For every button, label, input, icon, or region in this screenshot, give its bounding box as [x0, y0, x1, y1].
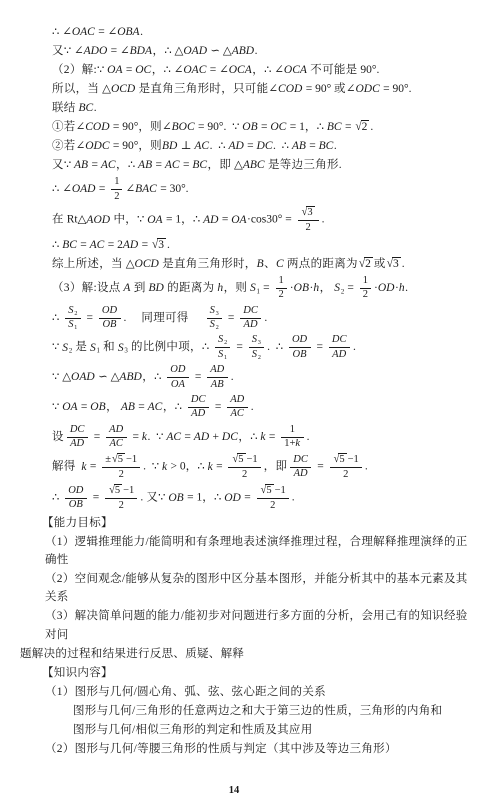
text-run: ②若 [52, 140, 76, 152]
formula-run: . [353, 342, 356, 354]
radical-sign: √ [232, 454, 238, 468]
formula-run: ∴ [52, 312, 62, 324]
text-run: 综上所述，当 [52, 258, 123, 270]
fraction: √5−12 [330, 453, 362, 481]
fraction: S₃S₂ [249, 334, 264, 361]
formula-run: = [314, 461, 326, 473]
sqrt-expression: √5 [261, 484, 274, 498]
formula-run: ∠BAC = 30°. [125, 183, 188, 195]
fraction-denominator: S₂ [249, 348, 264, 361]
formula-run: . [251, 401, 254, 413]
sqrt-expression: √5 [232, 453, 245, 467]
fraction-numerator: DC [188, 394, 209, 408]
text-run: 是直角三角形时， [162, 258, 256, 270]
formula-run: △OCD [99, 83, 138, 95]
formula-run: = [91, 431, 103, 443]
fraction: DCAD [188, 394, 209, 421]
formula-run: = [233, 342, 245, 354]
formula-line: ∴ S₂S₁ = ODOB. 同理可得 S₃S₂ = DCAD. [52, 303, 476, 333]
fraction-denominator: 2 [105, 499, 137, 512]
formula-run: C [276, 258, 287, 270]
text-run: ， [181, 214, 193, 226]
fraction: √32 [298, 206, 319, 234]
formula-run: k = [76, 461, 100, 473]
formula-run: ∴ ∠OAC = ∠OBA. [52, 26, 143, 38]
radical-sign: √ [109, 485, 115, 499]
formula-run: h [214, 282, 223, 294]
text-run: ， [186, 461, 198, 473]
sqrt-expression: √5 [109, 484, 122, 498]
sqrt-expression: √5 [334, 453, 347, 467]
text-run: ，则 [138, 121, 162, 133]
fraction-numerator: S₂ [215, 334, 230, 348]
text-line: （1）图形与几何/圆心角、弧、弦、弦心距之间的关系 [45, 682, 476, 701]
formula-line: 综上所述，当 △OCD 是直角三角形时，B、C 两点的距离为√2或√3. [52, 254, 476, 273]
text-run: ， [320, 282, 332, 294]
fraction-numerator: √5−1 [105, 484, 137, 499]
fraction-denominator: 2 [228, 468, 260, 481]
text-run: ①若 [52, 121, 76, 133]
formula-run: . ∴ [267, 342, 286, 354]
formula-line: ∴ ∠OAC = ∠OBA. [52, 23, 476, 42]
formula-line: ∵ S₂ 是 S₁ 和 S₃ 的比例中项，∴ S₂S₁ = S₃S₂. ∴ OD… [52, 333, 476, 363]
text-run: （3）解决简单问题的能力/能初步对问题进行多方面的分析，会用己有的知识经验对问 [45, 610, 468, 640]
radicand: 5 [237, 453, 245, 466]
formula-run: ∵ OA = OB [52, 401, 106, 413]
text-line: 题解决的过程和结果进行反思、质疑、解释 [20, 644, 476, 663]
fraction: DCAD [329, 334, 350, 361]
text-run: ， [153, 45, 165, 57]
formula-run: = [314, 342, 326, 354]
text-run: ， [106, 401, 118, 413]
fraction-numerator: OD [167, 364, 189, 378]
fraction-numerator: S₂ [65, 305, 80, 319]
fraction: S₂S₁ [215, 334, 230, 361]
formula-line: ②若∠ODC = 90°，则BD ⊥ AC. ∴ AD = DC. ∴ AB =… [52, 137, 476, 156]
fraction-denominator: AD [329, 348, 350, 361]
fraction-denominator: 2 [360, 289, 371, 302]
fraction: S₃S₂ [207, 305, 222, 332]
formula-line: ①若∠COD = 90°，则∠BOC = 90°. ∵ OB = OC = 1，… [52, 118, 476, 137]
fraction-denominator: AD [188, 408, 209, 421]
fraction-numerator: 1 [111, 176, 122, 190]
text-run: ， [116, 159, 128, 171]
text-run: 是直角三角形时，只可能 [139, 83, 269, 95]
formula-line: 联结 BC. [52, 99, 476, 118]
text-run: 的比例中项， [131, 342, 202, 354]
formula-run: ∴ k = [197, 461, 225, 473]
fraction-numerator: DC [290, 454, 311, 468]
text-run: 解得 [52, 461, 76, 473]
formula-run: −1 [348, 454, 359, 465]
radical-sign: √ [334, 454, 340, 468]
radicand: 2 [364, 257, 373, 270]
formula-run: S₂ = [331, 282, 356, 294]
fraction-denominator: AC [106, 438, 127, 451]
document-page: ∴ ∠OAC = ∠OBA.又∵ ∠ADO = ∠BDA，∴ △OAD ∽ △A… [0, 0, 496, 808]
formula-line: ∵ △OAD ∽ △ABD，∴ ODOA = ADAB. [52, 363, 476, 393]
formula-run: ∵ OB = 1 [158, 492, 202, 504]
fraction-numerator: 1 [360, 275, 371, 289]
fraction-numerator: DC [329, 334, 350, 348]
radical-sign: √ [355, 118, 361, 138]
fraction: √5−12 [105, 484, 137, 512]
fraction-numerator: ±√5−1 [102, 453, 140, 468]
text-run: ， [152, 64, 164, 76]
text-run: 或 [374, 258, 386, 270]
radical-sign: √ [302, 207, 308, 221]
fraction-denominator: 2 [111, 190, 122, 203]
formula-run: ∴ [52, 492, 62, 504]
fraction-denominator: 2 [276, 289, 287, 302]
text-run: （2）空间观念/能够从复杂的图形中区分基本图形，并能分析其中的基本元素及其关系 [45, 573, 468, 603]
formula-line: ∵ OA = OB， AB = AC，∴ DCAD = ADAC. [52, 393, 476, 423]
radicand: 5 [117, 453, 125, 466]
text-run: （1）逻辑推理能力/能简明和有条理地表述演绎推理过程，合理解释推理演绎的正确性 [45, 536, 468, 566]
fraction-denominator: AD [240, 319, 261, 332]
formula-run: S₃ [115, 342, 131, 354]
formula-line: 又∵ AB = AC，∴ AB = AC = BC，即 △ABC 是等边三角形. [52, 156, 476, 175]
text-run: （3）解:设点 [52, 282, 121, 294]
fraction-numerator: S₃ [207, 305, 222, 319]
fraction: ADAC [106, 424, 127, 451]
fraction: ADAB [207, 364, 228, 391]
text-run: 同理可得 [126, 312, 203, 324]
formula-run: ∵ OA = 1 [137, 214, 181, 226]
text-run: ， [238, 431, 250, 443]
fraction: ODOA [167, 364, 189, 391]
text-run: 不可能是 [310, 64, 357, 76]
text-run: 所以，当 [52, 83, 99, 95]
fraction: ODOB [65, 485, 87, 512]
fraction-numerator: OD [65, 485, 87, 499]
text-run: ， [252, 64, 264, 76]
text-run: ，则 [138, 140, 162, 152]
text-run: 题解决的过程和结果进行反思、质疑、解释 [20, 648, 244, 660]
formula-run: ∠BOC = 90°. ∵ OB = OC = 1 [162, 121, 305, 133]
formula-run: B [257, 258, 265, 270]
text-run: ， [163, 401, 175, 413]
fraction-numerator: 1 [276, 275, 287, 289]
formula-run: △ABC [231, 159, 268, 171]
fraction-numerator: AD [227, 394, 248, 408]
text-run: 的距离为 [167, 282, 214, 294]
formula-run: . [167, 239, 170, 251]
fraction: ODOB [289, 334, 311, 361]
fraction-denominator: 2 [102, 468, 140, 481]
text-run: 在 [52, 214, 64, 226]
formula-run: −1 [126, 454, 137, 465]
fraction: 12 [111, 176, 122, 203]
formula-run: ·OD·h. [374, 282, 408, 294]
fraction: ±√5−12 [102, 453, 140, 481]
radicand: 3 [392, 257, 401, 270]
formula-run: Rt△AOD [64, 214, 114, 226]
formula-run: ∴ BC = AC = 2AD = [52, 239, 151, 251]
radicand: 5 [265, 484, 273, 497]
formula-line: ∴ ∠OAD = 12∠BAC = 30°. [52, 175, 476, 205]
formula-run: BD ⊥ AC. ∴ AD = DC. ∴ AB = BC. [162, 140, 337, 152]
formula-run: ∴ AB = AC = BC [128, 159, 208, 171]
fraction-denominator: 2 [257, 499, 289, 512]
fraction: ADAC [227, 394, 248, 421]
formula-line: ∴ ODOB = √5−12. 又∵ OB = 1，∴ OD = √5−12. [52, 483, 476, 514]
formula-run: . [365, 461, 368, 473]
fraction-denominator: OB [99, 319, 121, 332]
fraction-denominator: S₂ [207, 319, 222, 332]
formula-run: ∴ ∠OAC = ∠OCA [164, 64, 253, 76]
fraction-numerator: DC [240, 305, 261, 319]
text-run: 或 [334, 83, 346, 95]
formula-run: S₁ [87, 342, 103, 354]
text-line: 图形与几何/相似三角形的判定和性质及其应用 [73, 720, 476, 739]
formula-run: −1 [247, 454, 258, 465]
radicand: 3 [306, 206, 314, 219]
fraction-denominator: 2 [330, 468, 362, 481]
formula-run: ∵ ∠ADO = ∠BDA [64, 45, 153, 57]
fraction-denominator: AC [227, 408, 248, 421]
formula-run: −1 [123, 485, 134, 496]
formula-run: . [370, 121, 373, 133]
formula-run: ∵ S₂ [52, 342, 75, 354]
formula-run: ·OB·h [290, 282, 320, 294]
text-line: 【知识内容】 [42, 663, 476, 682]
page-number: 14 [0, 785, 468, 796]
sqrt-expression: √2 [355, 118, 369, 136]
fraction-numerator: DC [67, 424, 88, 438]
formula-run: ∴ ∠OAD = [52, 183, 108, 195]
formula-run: ∠ODC = 90° [76, 140, 139, 152]
radical-sign: √ [387, 254, 393, 274]
text-run: （2）图形与几何/等腰三角形的性质与判定（其中涉及等边三角形） [45, 743, 397, 755]
fraction: 12 [360, 275, 371, 302]
formula-run: . [322, 214, 325, 226]
formula-line: （3）解:设点 A 到 BD 的距离为 h，则 S₁ = 12·OB·h， S₂… [52, 273, 476, 303]
formula-line: 所以，当 △OCD 是直角三角形时，只可能∠COD = 90° 或∠ODC = … [52, 80, 476, 99]
formula-run: = [90, 492, 102, 504]
text-run: ， [305, 121, 317, 133]
formula-run: 90°. [357, 64, 379, 76]
formula-line: 解得 k = ±√5−12. ∵ k > 0，∴ k = √5−12，即DCAD… [52, 452, 476, 483]
text-run: 是等边三角形. [268, 159, 342, 171]
formula-run: ∠COD = 90° [76, 121, 139, 133]
fraction-numerator: AD [207, 364, 228, 378]
fraction-numerator: √5−1 [257, 484, 289, 499]
text-run: ，即 [208, 159, 232, 171]
sqrt-expression: √5 [112, 453, 125, 467]
text-run: ， [202, 492, 214, 504]
formula-line: 又∵ ∠ADO = ∠BDA，∴ △OAD ∽ △ABD. [52, 42, 476, 61]
radical-sign: √ [261, 485, 267, 499]
text-run: 到 [134, 282, 146, 294]
formula-run: △OCD [123, 258, 162, 270]
formula-run: = [225, 312, 237, 324]
formula-run: ∠ODC = 90°. [346, 83, 412, 95]
formula-run: AB = AC [118, 401, 163, 413]
formula-run: ∴ BC = [317, 121, 355, 133]
fraction-numerator: √5−1 [330, 453, 362, 468]
fraction-denominator: AD [67, 438, 88, 451]
text-line: 图形与几何/三角形的任意两边之和大于第三边的性质，三角形的内角和 [73, 701, 476, 720]
fraction-numerator: √5−1 [228, 453, 260, 468]
fraction: 11+k [281, 424, 303, 451]
formula-run: = [212, 401, 224, 413]
fraction-denominator: S₁ [65, 319, 80, 332]
fraction-denominator: AB [207, 378, 228, 391]
fraction-denominator: S₁ [215, 348, 230, 361]
text-run: 又 [52, 45, 64, 57]
fraction-numerator: AD [106, 424, 127, 438]
fraction: DCAD [67, 424, 88, 451]
radicand: 5 [338, 453, 346, 466]
fraction: DCAD [290, 454, 311, 481]
text-run: 图形与几何/相似三角形的判定和性质及其应用 [73, 724, 313, 736]
formula-run: ∴ AD = OA·cos30° = [193, 214, 295, 226]
radicand: 2 [361, 120, 370, 133]
text-run: 两点的距离为 [287, 258, 358, 270]
text-run: （2）解: [52, 64, 97, 76]
text-line: （2）图形与几何/等腰三角形的性质与判定（其中涉及等边三角形） [45, 739, 476, 758]
formula-line: ∴ BC = AC = 2AD = √3. [52, 235, 476, 254]
formula-run: ∴ △OAD ∽ △ABD. [164, 45, 257, 57]
fraction: DCAD [240, 305, 261, 332]
formula-run: . [292, 492, 295, 504]
text-line: （2）空间观念/能够从复杂的图形中区分基本图形，并能分析其中的基本元素及其关系 [45, 570, 476, 607]
fraction: √5−12 [228, 453, 260, 481]
formula-run: BC. [76, 102, 97, 114]
text-run: 和 [103, 342, 115, 354]
formula-run: A [121, 282, 134, 294]
text-line: （1）逻辑推理能力/能简明和有条理地表述演绎推理过程，合理解释推理演绎的正确性 [45, 533, 476, 570]
sqrt-expression: √3 [302, 206, 315, 220]
fraction: √5−12 [257, 484, 289, 512]
formula-line: 设DCAD = ADAC = k. ∵ AC = AD + DC，∴ k = 1… [52, 422, 476, 452]
text-run: 又 [143, 492, 158, 504]
fraction-numerator: 1 [281, 424, 303, 438]
fraction-numerator: OD [99, 305, 121, 319]
text-run: （1）图形与几何/圆心角、弧、弦、弦心距之间的关系 [45, 686, 326, 698]
formula-run: ∵ △OAD ∽ △ABD [52, 371, 142, 383]
text-run: 联结 [52, 102, 76, 114]
formula-run: ∴ ∠OCA [264, 64, 310, 76]
formula-line: （2）解:∵ OA = OC，∴ ∠OAC = ∠OCA，∴ ∠OCA 不可能是… [52, 61, 476, 80]
formula-run: S₁ = [247, 282, 272, 294]
text-run: 、 [264, 258, 276, 270]
formula-run: . ∵ k > 0 [143, 461, 185, 473]
formula-run: ∵ OA = OC [97, 64, 152, 76]
formula-run: BD [146, 282, 168, 294]
text-run: ，则 [224, 282, 248, 294]
fraction: S₂S₁ [65, 305, 80, 332]
fraction-denominator: OB [65, 499, 87, 512]
fraction-denominator: OB [289, 348, 311, 361]
fraction-numerator: S₃ [249, 334, 264, 348]
fraction-denominator: 2 [298, 221, 319, 234]
formula-run: . [264, 312, 267, 324]
sqrt-expression: √2 [359, 255, 373, 273]
text-run: 【能力目标】 [42, 517, 113, 529]
fraction: 12 [276, 275, 287, 302]
text-run: 是 [75, 342, 87, 354]
formula-run: = [84, 312, 96, 324]
formula-run: ∠COD = 90° [268, 83, 334, 95]
text-run: 又 [52, 159, 64, 171]
radical-sign: √ [112, 454, 118, 468]
formula-run: ∴ [175, 401, 185, 413]
radicand: 3 [157, 238, 166, 251]
text-run: ， [142, 371, 154, 383]
formula-line: 在 Rt△AOD 中，∵ OA = 1，∴ AD = OA·cos30° = √… [52, 205, 476, 236]
formula-run: ∴ OD = [214, 492, 254, 504]
fraction-numerator: √3 [298, 206, 319, 221]
text-line: （3）解决简单问题的能力/能初步对问题进行多方面的分析，会用己有的知识经验对问 [45, 607, 476, 644]
formula-run: . [231, 371, 234, 383]
formula-run: = k. ∵ AC = AD + DC [130, 431, 239, 443]
fraction-denominator: OA [167, 378, 189, 391]
radicand: 5 [114, 484, 122, 497]
formula-run: ∴ [154, 371, 164, 383]
text-line: 【能力目标】 [42, 514, 476, 533]
fraction-numerator: OD [289, 334, 311, 348]
sqrt-expression: √3 [152, 236, 166, 254]
formula-run: ∵ AB = AC [64, 159, 116, 171]
formula-run: ± [105, 454, 111, 465]
radical-sign: √ [152, 235, 158, 255]
math-proof-content: ∴ ∠OAC = ∠OBA.又∵ ∠ADO = ∠BDA，∴ △OAD ∽ △A… [20, 23, 476, 758]
sqrt-expression: √3 [387, 255, 401, 273]
formula-run: = [192, 371, 204, 383]
fraction-denominator: 1+k [281, 438, 303, 451]
text-run: ，即 [264, 461, 288, 473]
formula-run: −1 [275, 485, 286, 496]
formula-run: ∴ k = [250, 431, 278, 443]
fraction-denominator: AD [290, 468, 311, 481]
text-run: 设 [52, 431, 64, 443]
fraction: ODOB [99, 305, 121, 332]
formula-run: ∴ [202, 342, 212, 354]
formula-run: . [307, 431, 310, 443]
text-run: 图形与几何/三角形的任意两边之和大于第三边的性质，三角形的内角和 [73, 705, 442, 717]
radical-sign: √ [359, 254, 365, 274]
text-run: 中， [113, 214, 137, 226]
formula-run: . [402, 258, 405, 270]
text-run: 【知识内容】 [42, 667, 113, 679]
